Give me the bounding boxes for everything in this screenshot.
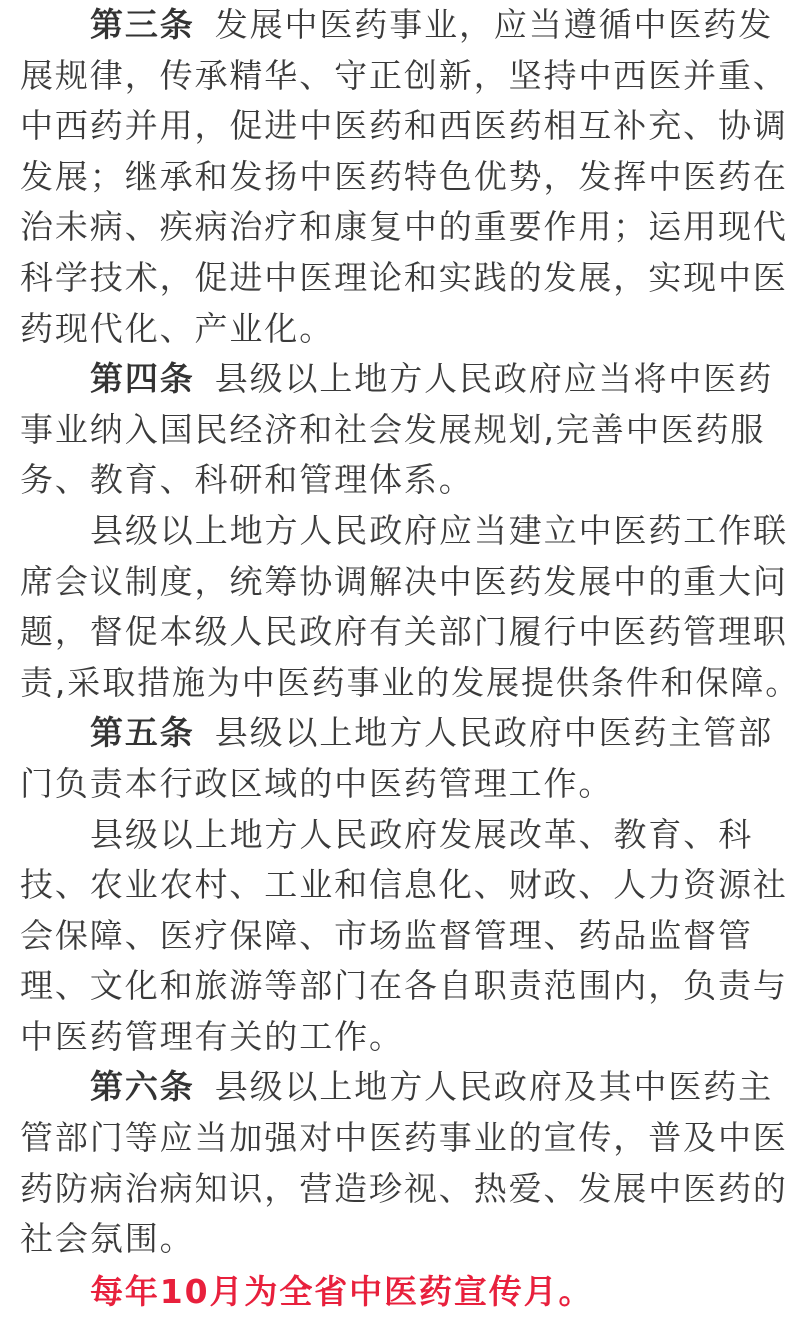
article-heading: 第三条 (90, 5, 195, 44)
paragraph-first-line: 县级以上地方人民政府发展改革、教育、科 (20, 810, 780, 861)
article-heading: 第四条 (90, 359, 195, 398)
article-first-line: 第六条县级以上地方人民政府及其中医药主 (20, 1062, 780, 1113)
text-line: 社会氛围。 (20, 1214, 780, 1265)
text-line: 展规律，传承精华、守正创新，坚持中西医并重、 (20, 51, 780, 102)
article-heading: 第六条 (90, 1067, 195, 1106)
text-line: 理、文化和旅游等部门在各自职责范围内，负责与 (20, 961, 780, 1012)
article-6: 第六条县级以上地方人民政府及其中医药主 管部门等应当加强对中医药事业的宣传，普及… (20, 1062, 780, 1264)
text-line: 科学技术，促进中医理论和实践的发展，实现中医 (20, 253, 780, 304)
text-line: 治未病、疾病治疗和康复中的重要作用；运用现代 (20, 202, 780, 253)
article-heading: 第五条 (90, 713, 195, 752)
text-line: 题，督促本级人民政府有关部门履行中医药管理职 (20, 607, 780, 658)
text-line: 中西药并用，促进中医药和西医药相互补充、协调 (20, 101, 780, 152)
text-line: 门负责本行政区域的中医药管理工作。 (20, 759, 780, 810)
text-line: 责,采取措施为中医药事业的发展提供条件和保障。 (20, 658, 780, 709)
text-line: 发展中医药事业，应当遵循中医药发 (215, 5, 773, 44)
text-line: 药防病治病知识，营造珍视、热爱、发展中医药的 (20, 1164, 780, 1215)
text-line: 事业纳入国民经济和社会发展规划,完善中医药服 (20, 405, 780, 456)
article-3: 第三条发展中医药事业，应当遵循中医药发 展规律，传承精华、守正创新，坚持中西医并… (20, 0, 780, 354)
article-5: 第五条县级以上地方人民政府中医药主管部 门负责本行政区域的中医药管理工作。 县级… (20, 708, 780, 1062)
text-line: 席会议制度，统筹协调解决中医药发展中的重大问 (20, 557, 780, 608)
text-line: 发展；继承和发扬中医药特色优势，发挥中医药在 (20, 152, 780, 203)
article-first-line: 第四条县级以上地方人民政府应当将中医药 (20, 354, 780, 405)
publicity-month-highlight: 每年10月为全省中医药宣传月。 (20, 1267, 780, 1317)
text-line: 会保障、医疗保障、市场监督管理、药品监督管 (20, 911, 780, 962)
document-body: 第三条发展中医药事业，应当遵循中医药发 展规律，传承精华、守正创新，坚持中西医并… (20, 0, 780, 1317)
text-line: 药现代化、产业化。 (20, 304, 780, 355)
text-line: 中医药管理有关的工作。 (20, 1012, 780, 1063)
article-4: 第四条县级以上地方人民政府应当将中医药 事业纳入国民经济和社会发展规划,完善中医… (20, 354, 780, 708)
text-line: 技、农业农村、工业和信息化、财政、人力资源社 (20, 860, 780, 911)
paragraph-first-line: 县级以上地方人民政府应当建立中医药工作联 (20, 506, 780, 557)
text-line: 县级以上地方人民政府及其中医药主 (215, 1067, 773, 1106)
text-line: 县级以上地方人民政府中医药主管部 (215, 713, 773, 752)
text-line: 务、教育、科研和管理体系。 (20, 455, 780, 506)
text-line: 县级以上地方人民政府应当将中医药 (215, 359, 773, 398)
text-line: 管部门等应当加强对中医药事业的宣传，普及中医 (20, 1113, 780, 1164)
article-first-line: 第三条发展中医药事业，应当遵循中医药发 (20, 0, 780, 51)
article-first-line: 第五条县级以上地方人民政府中医药主管部 (20, 708, 780, 759)
